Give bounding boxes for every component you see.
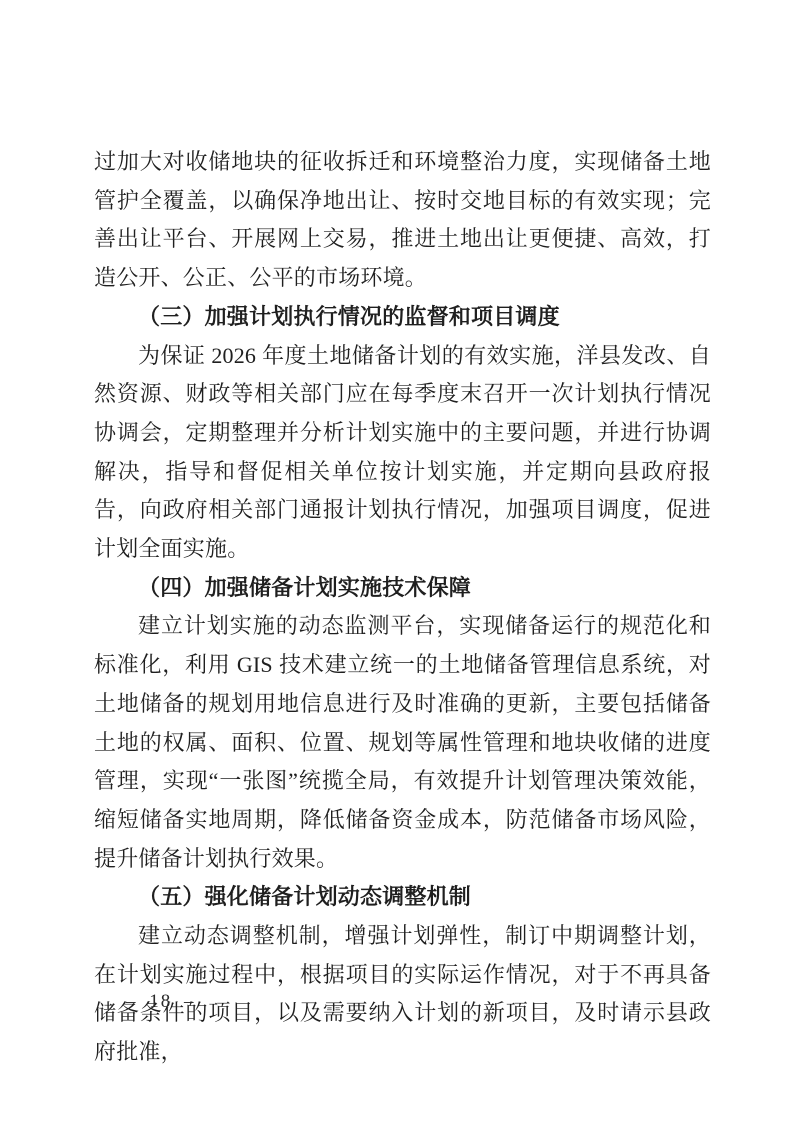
section-heading-4: （四）加强储备计划实施技术保障	[94, 569, 711, 608]
paragraph-section-4: 建立计划实施的动态监测平台，实现储备运行的规范化和标准化，利用 GIS 技术建立…	[94, 607, 711, 878]
section-heading-5: （五）强化储备计划动态调整机制	[94, 878, 711, 917]
page-number: – 18 –	[126, 991, 196, 1013]
document-body: 过加大对收储地块的征收拆迁和环境整治力度，实现储备土地管护全覆盖，以确保净地出让…	[94, 143, 711, 1072]
paragraph-section-3: 为保证 2026 年度土地储备计划的有效实施，洋县发改、自然资源、财政等相关部门…	[94, 337, 711, 569]
section-heading-3: （三）加强计划执行情况的监督和项目调度	[94, 298, 711, 337]
paragraph-continuation: 过加大对收储地块的征收拆迁和环境整治力度，实现储备土地管护全覆盖，以确保净地出让…	[94, 143, 711, 298]
document-page: 过加大对收储地块的征收拆迁和环境整治力度，实现储备土地管护全覆盖，以确保净地出让…	[0, 0, 793, 1122]
